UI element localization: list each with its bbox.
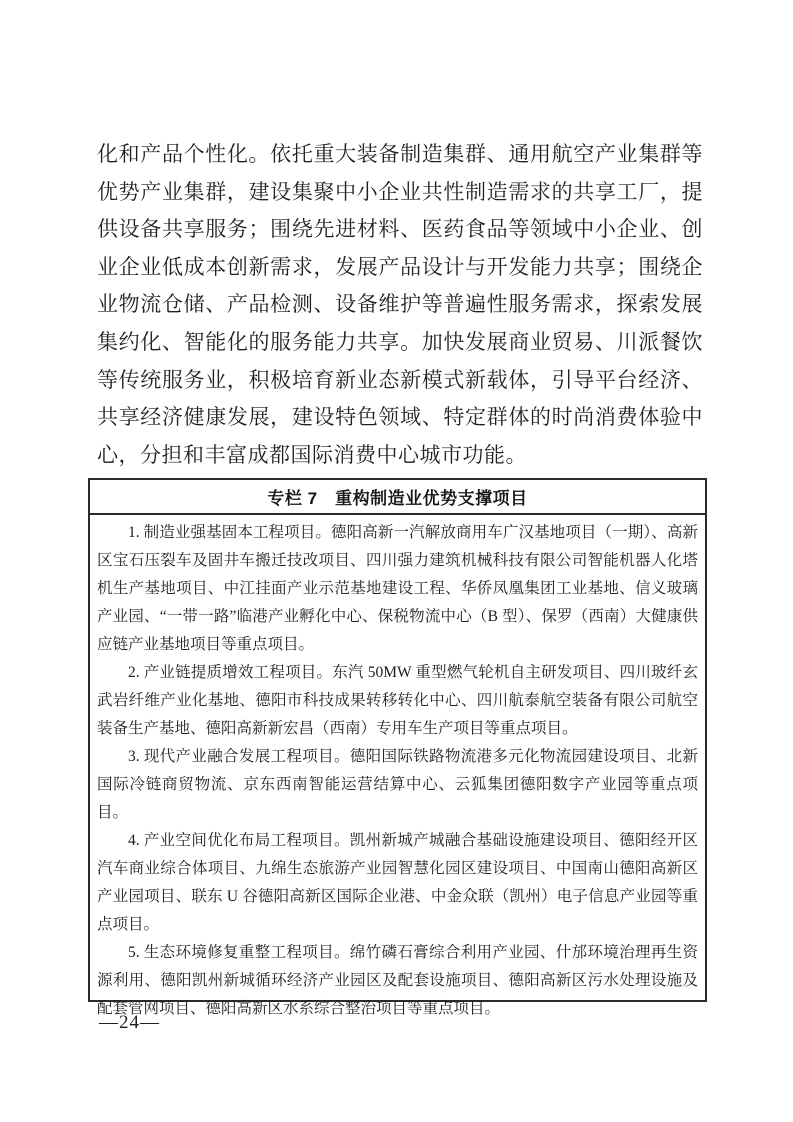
feature-column-paragraph: 3. 现代产业融合发展工程项目。德阳国际铁路物流港多元化物流园建设项目、北新国际… (97, 743, 698, 827)
feature-column-paragraph: 5. 生态环境修复重整工程项目。绵竹磷石膏综合利用产业园、什邡环境治理再生资源利… (97, 939, 698, 1023)
body-paragraph: 化和产品个性化。依托重大装备制造集群、通用航空产业集群等 优势产业集群，建设集聚… (97, 136, 703, 474)
document-page: 化和产品个性化。依托重大装备制造集群、通用航空产业集群等 优势产业集群，建设集聚… (0, 0, 793, 1122)
feature-column-title: 专栏 7 重构制造业优势支撑项目 (267, 484, 527, 509)
body-text-line: 等传统服务业，积极培育新业态新模式新载体，引导平台经济、 (97, 362, 703, 400)
body-text-line: 业物流仓储、产品检测、设备维护等普遍性服务需求，探索发展 (97, 286, 703, 324)
feature-column-paragraph: 4. 产业空间优化布局工程项目。凯州新城产城融合基础设施建设项目、德阳经开区汽车… (97, 827, 698, 939)
body-text-line: 心，分担和丰富成都国际消费中心城市功能。 (97, 437, 703, 475)
page-number: —24— (99, 1012, 160, 1034)
body-text-line: 优势产业集群，建设集聚中小企业共性制造需求的共享工厂，提 (97, 174, 703, 212)
feature-column-box: 专栏 7 重构制造业优势支撑项目 1. 制造业强基固本工程项目。德阳高新一汽解放… (88, 478, 707, 1002)
body-text-line: 集约化、智能化的服务能力共享。加快发展商业贸易、川派餐饮 (97, 324, 703, 362)
feature-column-body: 1. 制造业强基固本工程项目。德阳高新一汽解放商用车广汉基地项目（一期）、高新区… (90, 515, 705, 1031)
body-text-line: 供设备共享服务；围绕先进材料、医药食品等领域中小企业、创 (97, 211, 703, 249)
feature-column-title-row: 专栏 7 重构制造业优势支撑项目 (90, 480, 705, 515)
feature-column-paragraph: 1. 制造业强基固本工程项目。德阳高新一汽解放商用车广汉基地项目（一期）、高新区… (97, 519, 698, 659)
body-text-line: 化和产品个性化。依托重大装备制造集群、通用航空产业集群等 (97, 136, 703, 174)
body-text-line: 共享经济健康发展，建设特色领域、特定群体的时尚消费体验中 (97, 399, 703, 437)
body-text-line: 业企业低成本创新需求，发展产品设计与开发能力共享；围绕企 (97, 249, 703, 287)
feature-column-paragraph: 2. 产业链提质增效工程项目。东汽 50MW 重型燃气轮机自主研发项目、四川玻纤… (97, 659, 698, 743)
